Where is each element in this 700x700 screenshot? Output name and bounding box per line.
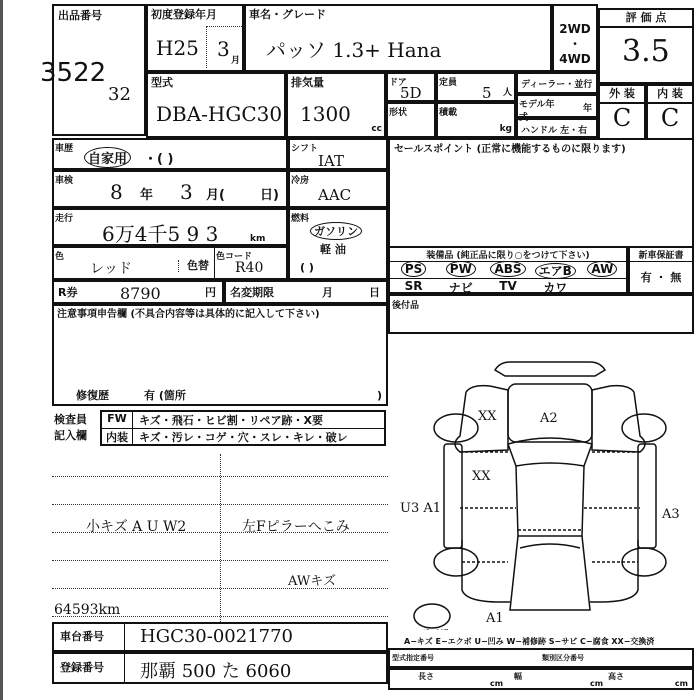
notes-label: 注意事項申告欄 (不具合内容等は具体的に記入して下さい) xyxy=(57,309,383,321)
lot-label: 出品番号 xyxy=(58,10,140,22)
mileage-value: 6万4千5 9 3 xyxy=(102,218,218,247)
displacement-unit: cc xyxy=(371,124,382,134)
registration-box: 登録番号 那覇 500 た 6060 xyxy=(52,652,388,684)
dealer-box: ディーラー・並行 xyxy=(516,72,598,94)
warranty-label: 新車保証書 xyxy=(630,248,692,262)
warranty-box: 新車保証書 有 ・ 無 xyxy=(628,246,694,294)
repair-value: 有 (箇所 xyxy=(144,390,186,402)
equip-aw: AW xyxy=(587,261,617,277)
name-change-box: 名変期限 月 日 xyxy=(224,280,388,304)
type-label: 型式指定番号 xyxy=(392,653,434,663)
spare-label: スペア xyxy=(422,629,449,630)
fuel-diesel: 軽 油 xyxy=(320,244,346,256)
drive-sep: ・ xyxy=(554,37,596,52)
chassis-value: HGC30-0021770 xyxy=(140,626,293,647)
notes-lines: 小キズ A U W2 左Fピラーへこみ AWキズ 64593km xyxy=(52,454,388,624)
fw-label: FW xyxy=(102,412,133,428)
capacity-label: 定員 xyxy=(439,75,513,88)
name-change-month: 月 xyxy=(322,287,333,299)
displacement-value: 1300 xyxy=(300,102,351,126)
int-value: C xyxy=(648,104,692,132)
color-value: レッド xyxy=(90,258,132,278)
lot-number: 3522 xyxy=(40,58,106,88)
note-right: 左Fピラーへこみ xyxy=(242,516,350,536)
interior-label: 内装 xyxy=(102,429,133,445)
shape-label: 形状 xyxy=(389,105,433,118)
ac-box: 冷房 AAC xyxy=(288,170,388,208)
mileage-unit: km xyxy=(250,234,265,244)
fuel-box: 燃料 ガソリン 軽 油 ( ) xyxy=(288,208,388,280)
note-mileage: 64593km xyxy=(54,602,120,618)
sales-point-label: セールスポイント (正常に機能するものに限ります) xyxy=(394,144,688,156)
aftermarket-box: 後付品 xyxy=(388,294,694,334)
color-code: R40 xyxy=(235,260,263,276)
width-unit: cm xyxy=(590,679,603,688)
color-change-label: 色替 xyxy=(178,260,209,272)
registration-value: 那覇 500 た 6060 xyxy=(140,657,291,683)
inspection-month: 3 xyxy=(180,180,193,204)
ext-value: C xyxy=(600,104,644,132)
int-label: 内 装 xyxy=(648,86,692,104)
model-year-box: モデル年式 年 xyxy=(516,94,598,118)
inspection-day-unit: 日) xyxy=(260,190,279,202)
fw-value: キズ・飛石・ヒビ割・リペア跡・X要 xyxy=(133,412,323,428)
handle-box: ハンドル 左・右 xyxy=(516,118,598,138)
height-label: 高さ xyxy=(608,671,624,682)
history-rest: ・( ) xyxy=(144,148,173,167)
recycle-box: R券 8790 円 xyxy=(52,280,224,304)
note-left: 小キズ A U W2 xyxy=(86,516,186,536)
mark-side-l: U3 A1 xyxy=(400,501,441,516)
inspection-box: 車検 8 年 3 月( 日) xyxy=(52,170,288,208)
equipment-box: 装備品 (純正品に限り○をつけて下さい) PS PW ABS エアB AW SR… xyxy=(388,246,628,294)
month-unit: 月 xyxy=(231,53,240,66)
equip-ps: PS xyxy=(401,261,426,277)
repair-label: 修復歴 xyxy=(76,390,109,402)
height-unit: cm xyxy=(675,679,688,688)
color-box: 色 レッド 色替 色コード R40 xyxy=(52,246,288,280)
interior-value: キズ・汚レ・コゲ・穴・スレ・キレ・破レ xyxy=(133,429,348,445)
model-box: 型式 DBA-HGC30 xyxy=(146,72,286,138)
length-unit: cm xyxy=(490,679,503,688)
handle-label: ハンドル 左・右 xyxy=(521,123,593,136)
car-name-value: パッソ 1.3+ Hana xyxy=(266,34,441,63)
doors-value: 5D xyxy=(400,84,422,102)
month-cell: 3 月 xyxy=(206,26,242,68)
4wd: 4WD xyxy=(554,52,596,67)
ext-score-box: 外 装 C xyxy=(598,84,646,140)
width-label: 幅 xyxy=(514,671,522,682)
mileage-box: 走行 6万4千5 9 3 km xyxy=(52,208,288,246)
inspection-label: 車検 xyxy=(55,173,285,186)
first-reg-month: 3 xyxy=(217,37,230,61)
recycle-unit: 円 xyxy=(205,287,216,299)
capacity-unit: 人 xyxy=(503,85,512,98)
equipment-row-1: PS PW ABS エアB AW xyxy=(390,262,626,279)
scan-edge xyxy=(0,0,3,700)
name-change-day: 日 xyxy=(369,287,380,299)
inspection-month-unit: 月( xyxy=(206,190,225,202)
history-value: 自家用 xyxy=(84,147,131,168)
mark-fender-l: XX xyxy=(478,409,497,424)
capacity-box: 定員 5 人 xyxy=(436,72,516,102)
first-reg-box: 初度登録年月 H25 3 月 xyxy=(146,4,244,72)
repair-close: ) xyxy=(377,390,382,402)
fw-row: FW キズ・飛石・ヒビ割・リペア跡・X要 xyxy=(102,412,384,429)
model-label: 型式 xyxy=(151,77,281,89)
displacement-label: 排気量 xyxy=(291,77,381,89)
shift-value: IAT xyxy=(318,152,344,170)
class-label: 類別区分番号 xyxy=(542,653,584,663)
lot-suffix: 32 xyxy=(108,84,131,105)
car-name-box: 車名・グレード パッソ 1.3+ Hana xyxy=(244,4,552,72)
mark-bonnet: A2 xyxy=(539,411,558,426)
inspector-label-1: 検査員 xyxy=(54,414,87,426)
notes-box: 注意事項申告欄 (不具合内容等は具体的に記入して下さい) 修復歴 有 (箇所 ) xyxy=(52,304,388,406)
mark-side-r: A3 xyxy=(661,507,680,522)
score-box: 評 価 点 3.5 xyxy=(598,8,694,84)
shape-box: 形状 xyxy=(386,102,436,138)
recycle-label: R券 xyxy=(58,287,77,299)
aftermarket-label: 後付品 xyxy=(392,298,690,311)
name-change-label: 名変期限 xyxy=(230,287,274,299)
mark-rear: A1 xyxy=(485,611,504,626)
shift-box: シフト IAT xyxy=(288,138,388,170)
chassis-box: 車台番号 HGC30-0021770 xyxy=(52,622,388,652)
fuel-other: ( ) xyxy=(300,262,314,274)
warranty-value: 有 ・ 無 xyxy=(630,272,692,284)
dealer-label: ディーラー・並行 xyxy=(521,77,593,90)
capacity-value: 5 xyxy=(482,84,492,102)
equip-pw: PW xyxy=(446,261,476,277)
sales-point-box: セールスポイント (正常に機能するものに限ります) xyxy=(388,138,694,248)
type-class-box: 型式指定番号 類別区分番号 xyxy=(388,648,694,668)
registration-label: 登録番号 xyxy=(60,662,104,674)
fuel-gasoline: ガソリン xyxy=(310,222,362,240)
recycle-value: 8790 xyxy=(120,284,161,303)
2wd: 2WD xyxy=(554,22,596,37)
load-label: 積載 xyxy=(439,105,513,118)
model-year-unit: 年 xyxy=(583,101,592,114)
chassis-label: 車台番号 xyxy=(60,631,104,643)
dimensions-box: 長さ cm 幅 cm 高さ cm xyxy=(388,668,694,690)
load-box: 積載 kg xyxy=(436,102,516,138)
inspector-box: FW キズ・飛石・ヒビ割・リペア跡・X要 内装 キズ・汚レ・コゲ・穴・スレ・キレ… xyxy=(100,410,386,446)
load-unit: kg xyxy=(500,124,512,134)
car-diagram: A2 XX XX U3 A1 A3 A1 スペア xyxy=(400,340,700,630)
score-label: 評 価 点 xyxy=(600,10,692,28)
car-name-label: 車名・グレード xyxy=(249,9,547,21)
ac-label: 冷房 xyxy=(291,173,385,186)
model-value: DBA-HGC30 xyxy=(156,102,282,126)
drive-box: 2WD ・ 4WD xyxy=(552,4,598,72)
int-score-box: 内 装 C xyxy=(646,84,694,140)
equip-airbag: エアB xyxy=(535,263,576,279)
ac-value: AAC xyxy=(318,186,351,204)
ext-label: 外 装 xyxy=(600,86,644,104)
equip-abs: ABS xyxy=(490,261,525,277)
mark-door-l: XX xyxy=(472,469,491,484)
doors-box: ドア 5D xyxy=(386,72,436,102)
inspector-label-2: 記入欄 xyxy=(54,430,87,442)
inspection-year-unit: 年 xyxy=(140,190,153,202)
equipment-label: 装備品 (純正品に限り○をつけて下さい) xyxy=(390,248,626,262)
color-code-cell: 色コード R40 xyxy=(214,248,288,278)
interior-row: 内装 キズ・汚レ・コゲ・穴・スレ・キレ・破レ xyxy=(102,429,384,445)
first-reg-label: 初度登録年月 xyxy=(151,9,239,21)
damage-legend: A−キズ E−エクボ U−凹み W−補修跡 S−サビ C−腐食 XX−交換済 xyxy=(404,636,654,647)
first-reg-year: H25 xyxy=(156,36,199,60)
displacement-box: 排気量 1300 cc xyxy=(286,72,386,138)
note-right-2: AWキズ xyxy=(288,570,336,589)
length-label: 長さ xyxy=(418,671,434,682)
score-value: 3.5 xyxy=(622,34,670,69)
history-box: 車歴 自家用 ・( ) xyxy=(52,138,288,170)
inspection-year: 8 xyxy=(110,180,123,204)
